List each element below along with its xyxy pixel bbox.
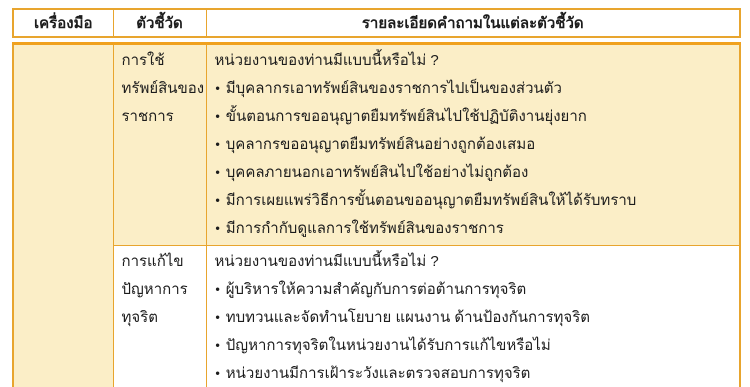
question-item: •ผู้บริหารให้ความสำคัญกับการต่อต้านการทุ…	[215, 276, 734, 304]
question-item-text: บุคลากรขออนุญาตยืมทรัพย์สินอย่างถูกต้องเ…	[226, 136, 535, 153]
bullet-icon: •	[215, 189, 219, 213]
bullet-icon: •	[215, 77, 219, 101]
table-body: การใช้ทรัพย์สินของราชการหน่วยงานของท่านม…	[12, 42, 741, 387]
question-item: •ทบทวนและจัดทำนโยบาย แผนงาน ด้านป้องกันก…	[215, 304, 734, 332]
section-row: การใช้ทรัพย์สินของราชการหน่วยงานของท่านม…	[13, 44, 740, 246]
question-item: •ขั้นตอนการขออนุญาตยืมทรัพย์สินไปใช้ปฏิบ…	[215, 103, 734, 131]
bullet-icon: •	[215, 217, 219, 241]
bullet-icon: •	[215, 133, 219, 157]
section-row: การแก้ไขปัญหาการทุจริตหน่วยงานของท่านมีแ…	[13, 246, 740, 387]
question-item-text: ทบทวนและจัดทำนโยบาย แผนงาน ด้านป้องกันกา…	[226, 309, 590, 326]
question-item-text: หน่วยงานมีการเฝ้าระวังและตรวจสอบการทุจริ…	[226, 365, 531, 382]
question-intro: หน่วยงานของท่านมีแบบนี้หรือไม่ ?	[215, 47, 734, 75]
question-item: •มีบุคลากรเอาทรัพย์สินของราชการไปเป็นของ…	[215, 75, 734, 103]
header-cell-indicator: ตัวชี้วัด	[113, 9, 206, 37]
header-cell-details: รายละเอียดคำถามในแต่ละตัวชี้วัด	[206, 9, 740, 37]
question-item: •บุคลากรขออนุญาตยืมทรัพย์สินอย่างถูกต้อง…	[215, 131, 734, 159]
details-cell: หน่วยงานของท่านมีแบบนี้หรือไม่ ?•มีบุคลา…	[206, 44, 740, 246]
bullet-icon: •	[215, 278, 219, 302]
indicator-line: การแก้ไข	[122, 248, 200, 276]
question-item-text: ขั้นตอนการขออนุญาตยืมทรัพย์สินไปใช้ปฏิบั…	[226, 108, 587, 125]
tool-cell	[13, 44, 113, 387]
question-item: •มีการเผยแพร่วิธีการขั้นตอนขออนุญาตยืมทร…	[215, 187, 734, 215]
indicator-table-page: เครื่องมือ ตัวชี้วัด รายละเอียดคำถามในแต…	[0, 8, 750, 387]
table-header: เครื่องมือ ตัวชี้วัด รายละเอียดคำถามในแต…	[12, 8, 741, 38]
bullet-icon: •	[215, 161, 219, 185]
header-cell-tools: เครื่องมือ	[13, 9, 113, 37]
indicator-line: การใช้	[122, 47, 200, 75]
indicator-line: ทรัพย์สินของ	[122, 75, 200, 103]
question-item: •มีการกำกับดูแลการใช้ทรัพย์สินของราชการ	[215, 215, 734, 243]
bullet-icon: •	[215, 306, 219, 330]
question-item-text: ผู้บริหารให้ความสำคัญกับการต่อต้านการทุจ…	[226, 281, 526, 298]
details-cell: หน่วยงานของท่านมีแบบนี้หรือไม่ ?•ผู้บริห…	[206, 246, 740, 387]
indicator-line: ทุจริต	[122, 304, 200, 332]
question-item: •บุคคลภายนอกเอาทรัพย์สินไปใช้อย่างไม่ถูก…	[215, 159, 734, 187]
bullet-icon: •	[215, 362, 219, 386]
question-item: •หน่วยงานมีการเฝ้าระวังและตรวจสอบการทุจร…	[215, 360, 734, 387]
question-item-text: มีบุคลากรเอาทรัพย์สินของราชการไปเป็นของส…	[226, 80, 562, 97]
question-item-text: บุคคลภายนอกเอาทรัพย์สินไปใช้อย่างไม่ถูกต…	[226, 164, 529, 181]
bullet-icon: •	[215, 105, 219, 129]
indicator-cell: การแก้ไขปัญหาการทุจริต	[113, 246, 206, 387]
question-item-text: มีการเผยแพร่วิธีการขั้นตอนขออนุญาตยืมทรั…	[226, 192, 637, 209]
question-item-text: ปัญหาการทุจริตในหน่วยงานได้รับการแก้ไขหร…	[226, 337, 551, 354]
indicator-line: ราชการ	[122, 103, 200, 131]
question-intro: หน่วยงานของท่านมีแบบนี้หรือไม่ ?	[215, 248, 734, 276]
bullet-icon: •	[215, 334, 219, 358]
indicator-cell: การใช้ทรัพย์สินของราชการ	[113, 44, 206, 246]
header-row: เครื่องมือ ตัวชี้วัด รายละเอียดคำถามในแต…	[13, 9, 740, 37]
question-item: •ปัญหาการทุจริตในหน่วยงานได้รับการแก้ไขห…	[215, 332, 734, 360]
question-item-text: มีการกำกับดูแลการใช้ทรัพย์สินของราชการ	[226, 220, 504, 237]
indicator-line: ปัญหาการ	[122, 276, 200, 304]
